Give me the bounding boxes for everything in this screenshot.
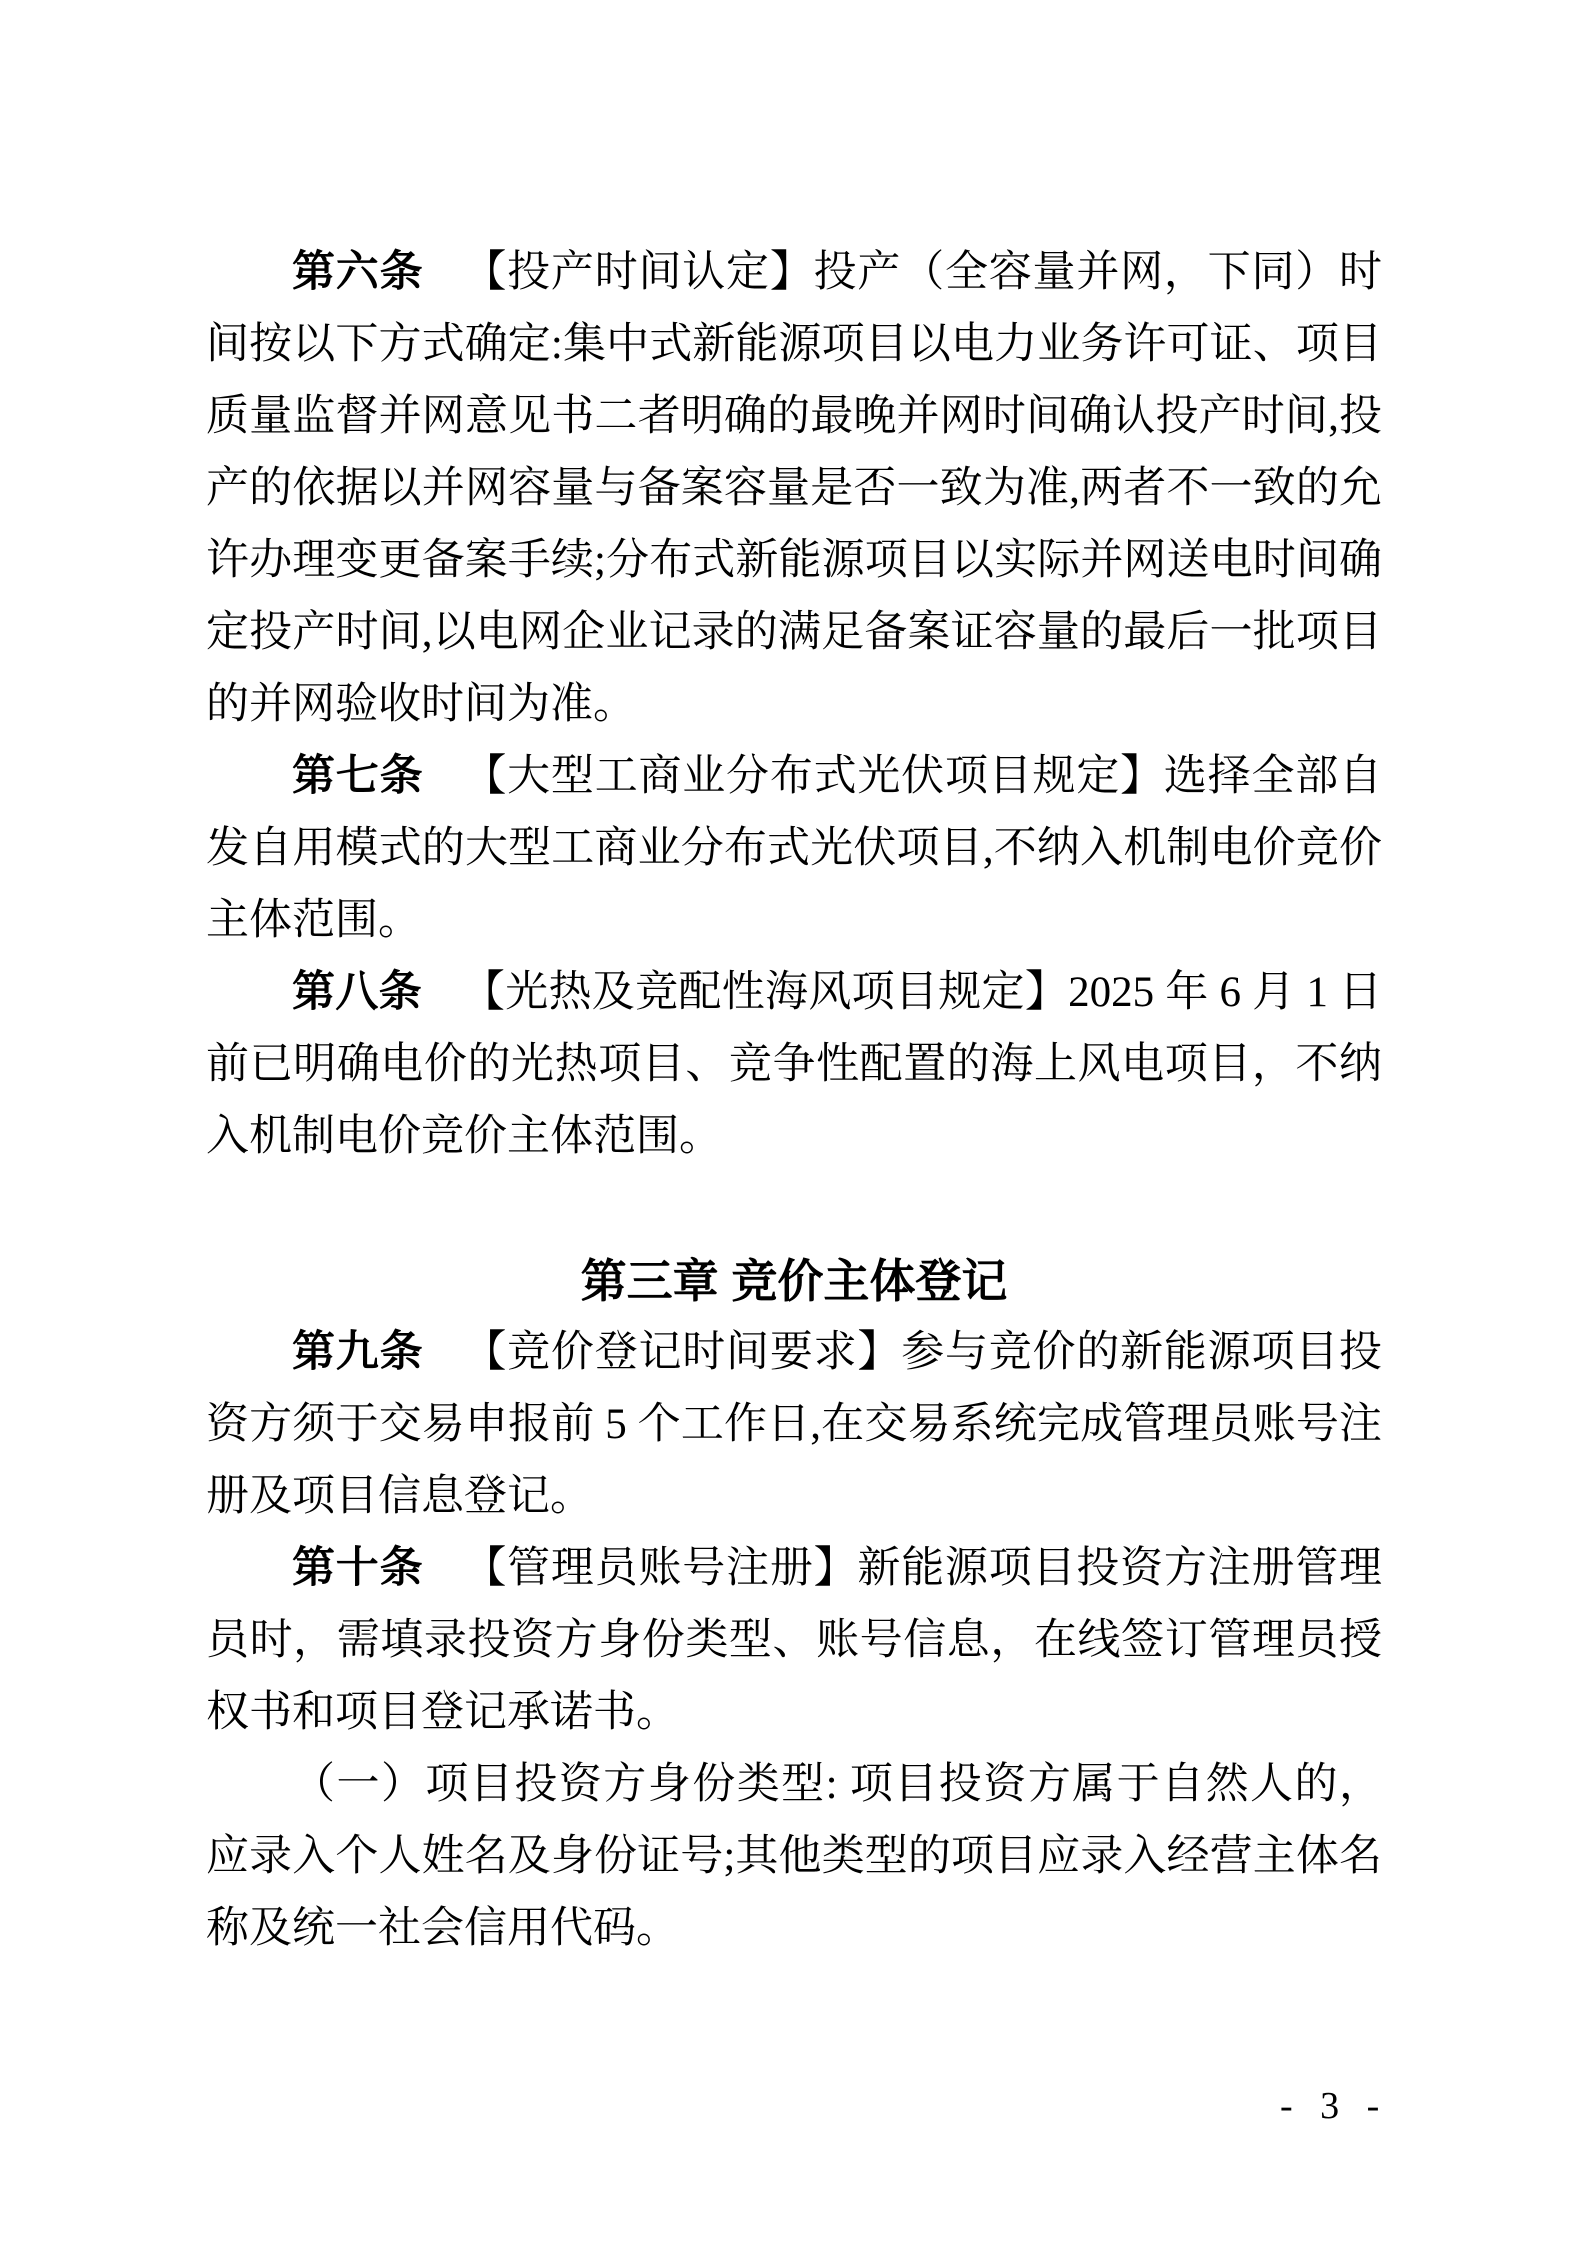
article-10-number: 第十条 bbox=[292, 1545, 423, 1592]
article-6-number: 第六条 bbox=[292, 249, 423, 296]
clause-1-paragraph: （一）项目投资方身份类型: 项目投资方属于自然人的，应录入个人姓名及身份证号;其… bbox=[206, 1749, 1382, 1965]
article-8-paragraph: 第八条【光热及竞配性海风项目规定】2025 年 6 月 1 日前已明确电价的光热… bbox=[206, 957, 1382, 1173]
article-9-paragraph: 第九条【竞价登记时间要求】参与竞价的新能源项目投资方须于交易申报前 5 个工作日… bbox=[206, 1317, 1382, 1533]
article-6-title: 【投产时间认定】 bbox=[463, 249, 813, 296]
document-page: 第六条【投产时间认定】投产（全容量并网，下同）时间按以下方式确定:集中式新能源项… bbox=[0, 0, 1587, 2245]
article-8-title: 【光热及竞配性海风项目规定】 bbox=[462, 969, 1068, 1016]
article-6-paragraph: 第六条【投产时间认定】投产（全容量并网，下同）时间按以下方式确定:集中式新能源项… bbox=[206, 237, 1382, 741]
article-6-text: 投产（全容量并网，下同）时间按以下方式确定:集中式新能源项目以电力业务许可证、项… bbox=[206, 249, 1382, 728]
clause-1-text: （一）项目投资方身份类型: 项目投资方属于自然人的，应录入个人姓名及身份证号;其… bbox=[206, 1761, 1382, 1952]
chapter-heading: 第三章 竞价主体登记 bbox=[206, 1245, 1382, 1317]
article-10-title: 【管理员账号注册】 bbox=[463, 1545, 857, 1592]
page-number: - 3 - bbox=[1280, 2086, 1388, 2126]
article-7-number: 第七条 bbox=[292, 753, 423, 800]
article-9-number: 第九条 bbox=[292, 1329, 423, 1376]
article-8-number: 第八条 bbox=[292, 969, 422, 1016]
article-9-title: 【竞价登记时间要求】 bbox=[463, 1329, 901, 1376]
document-body: 第六条【投产时间认定】投产（全容量并网，下同）时间按以下方式确定:集中式新能源项… bbox=[206, 237, 1382, 1965]
article-10-paragraph: 第十条【管理员账号注册】新能源项目投资方注册管理员时，需填录投资方身份类型、账号… bbox=[206, 1533, 1382, 1749]
article-7-paragraph: 第七条【大型工商业分布式光伏项目规定】选择全部自发自用模式的大型工商业分布式光伏… bbox=[206, 741, 1382, 957]
article-7-title: 【大型工商业分布式光伏项目规定】 bbox=[463, 753, 1164, 800]
